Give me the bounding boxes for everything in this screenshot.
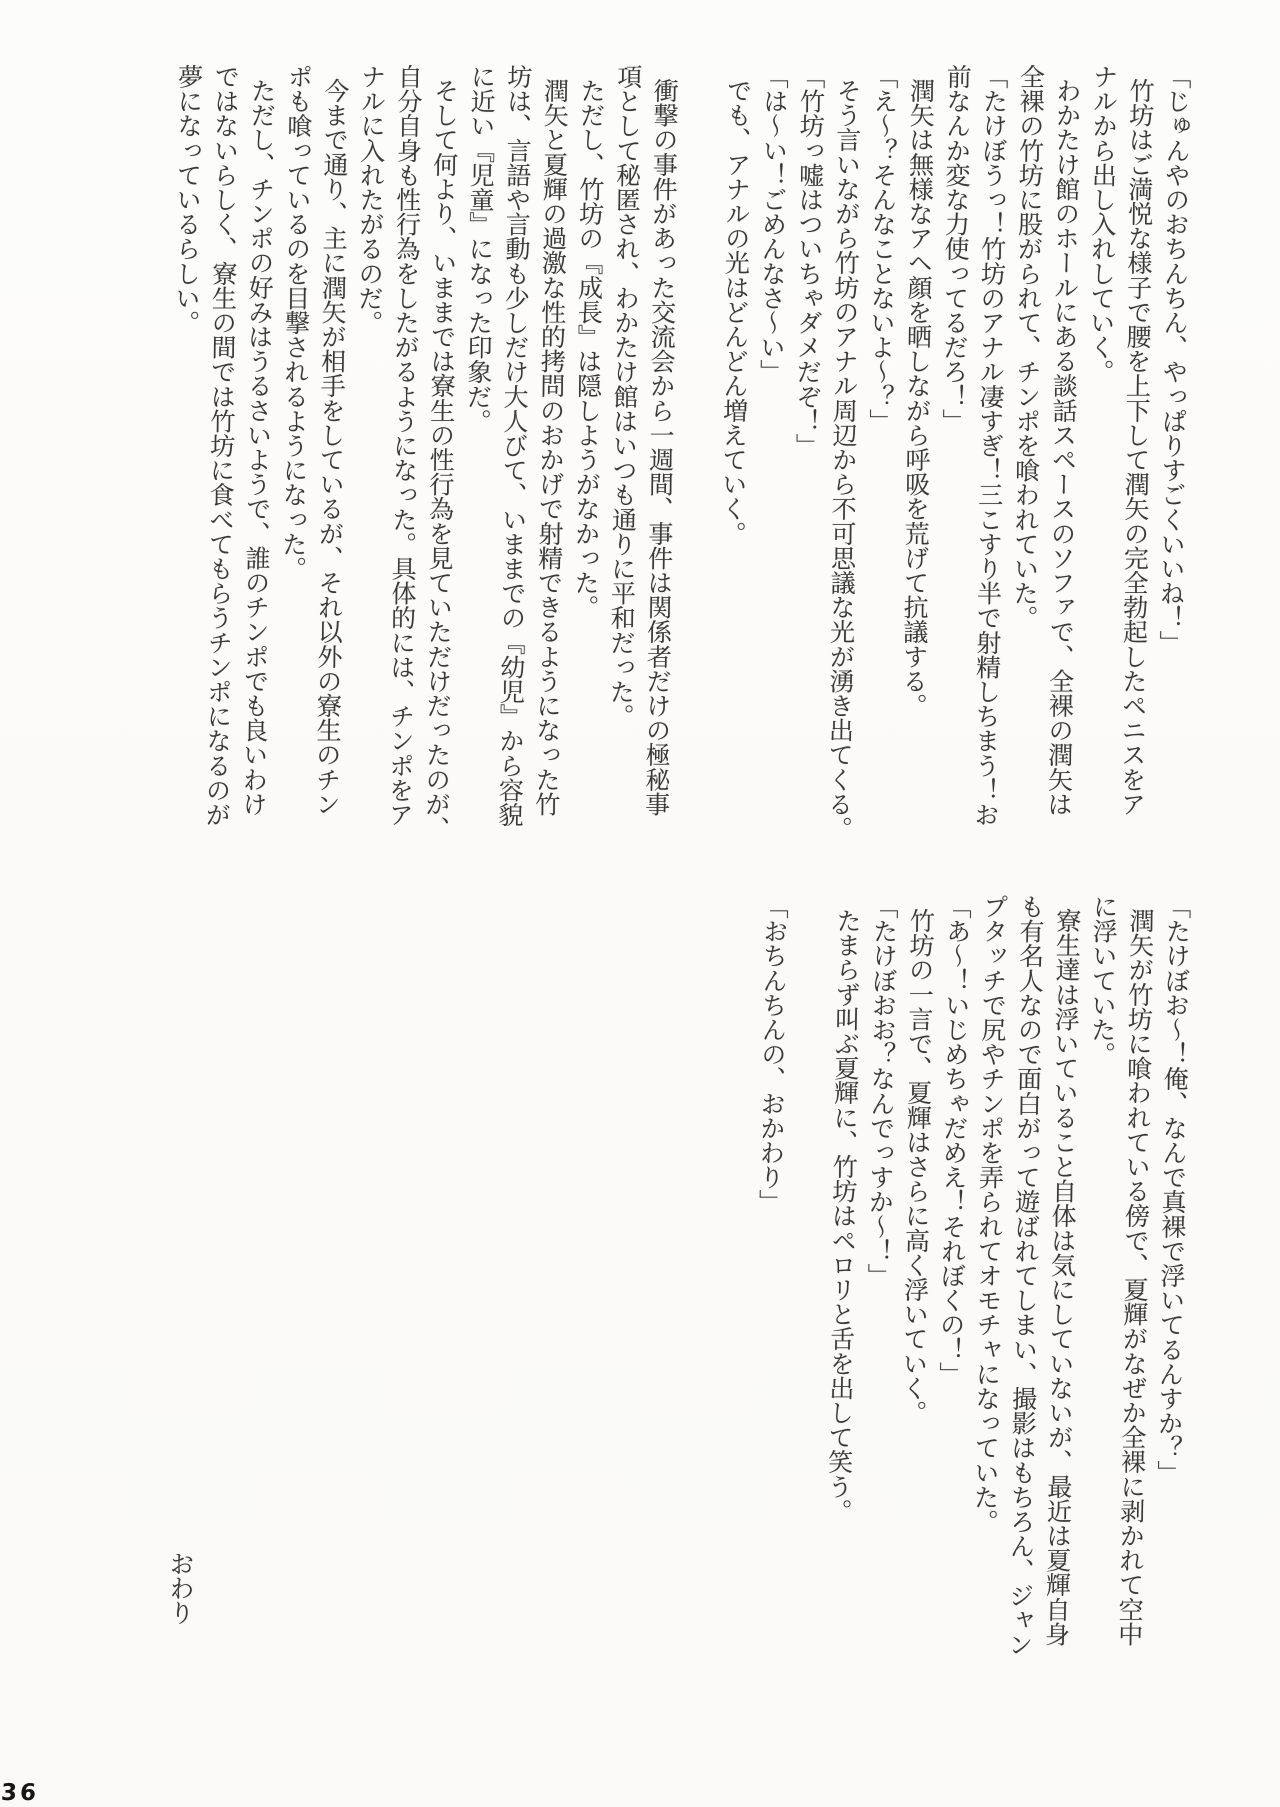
text-column: 潤矢は無様なアヘ顔を晒しながら呼吸を荒げて抗議する。 [899, 64, 934, 718]
text-column: 竹坊の一言で、夏輝はさらに高く浮いていく。 [898, 894, 933, 1425]
text-column: 「じゅんやのおちんちん、やっぱりすごくいいね！」 [1156, 64, 1190, 654]
text-column: ただし、チンポの好みはうるさいようで、誰のチンポでも良いわけ [239, 64, 275, 816]
text-column: も有名人なので面白がって遊ばれてしまい、撮影はもちろん、ジャン [1005, 894, 1044, 1657]
text-column: 潤矢が竹坊に喰われている傍で、夏輝がなぜか全裸に剥かれて空中 [1115, 894, 1154, 1646]
text-column: でも、アナルの光はどんどん増えていく。 [718, 64, 751, 545]
text-column: 項として秘匿され、わかたけ館はいつも通りに平和だった。 [606, 64, 641, 728]
text-column: 前なんか変な力使ってるだろ！」 [939, 64, 971, 433]
text-column: 「は～い！ごめんなさ～い」 [756, 64, 787, 384]
text-column: 坊は、言語や言動も少しだけ大人びて、いままでの『幼児』から容貌 [495, 64, 531, 827]
text-column: 全裸の竹坊に股がられて、チンポを喰われていた。 [1010, 64, 1044, 630]
text-column: わかたけ館のホールにある談話スペースのソファで、全裸の潤矢は [1044, 64, 1080, 816]
text-column: ナルに入れたがるのだ。 [355, 64, 385, 335]
text-column: 竹坊はご満悦な様子で腰を上下して潤矢の完全勃起したペニスをア [1117, 64, 1153, 816]
end-marker: おわり [166, 1551, 193, 1625]
text-column: 「おちんちんの、おかわり」 [755, 894, 787, 1214]
text-column: ではないらしく、寮生の間では竹坊に食べてもらうチンポになるのが [202, 64, 238, 827]
text-column: 「あ～！いじめちゃだめえ！それぼくの！」 [936, 894, 971, 1386]
text-column: そう言いながら竹坊のアナル周辺から不可思議な光が湧き出てくる。 [824, 64, 860, 841]
text-column: ナルから出し入れしていく。 [1086, 64, 1117, 384]
novel-scan-page: 「じゅんやのおちんちん、やっぱりすごくいいね！」竹坊はご満悦な様子で腰を上下して… [0, 0, 1280, 1807]
text-column: 潤矢と夏輝の過激な性的拷問のおかげで射精できるようになった竹 [532, 64, 568, 816]
text-column: ただし、竹坊の『成長』は隠しようがなかった。 [571, 64, 605, 619]
text-column: 衝撃の事件があった交流会から一週間、事件は関係者だけの極秘事 [641, 64, 677, 816]
text-column: 「たけぼうっ！竹坊のアナル凄すぎ！三こすり半で射精しちまう！お [971, 64, 1007, 827]
text-column: に近い『児童』になった印象だ。 [463, 64, 495, 433]
text-column: 「竹坊っ嘘はついちゃダメだぞ！」 [792, 64, 824, 458]
text-column: 自分自身も性行為をしたがるようになった。具体的には、チンポをア [385, 64, 421, 827]
text-column: 「たけぼお～！俺、なんで真裸で浮いてるんすか？」 [1154, 894, 1190, 1484]
text-column: 「たけぼおお？なんでっすか～！」 [864, 894, 897, 1288]
text-column: 今まで通り、主に潤矢が相手をしているが、それ以外の寮生のチン [312, 64, 348, 816]
lower-text-band: 「たけぼお～！俺、なんで真裸で浮いてるんすか？」潤矢が竹坊に喰われている傍で、夏… [133, 894, 1190, 1654]
text-column: 寮生達は浮いていること自体は気にしていないが、最近は夏輝自身 [1041, 894, 1080, 1646]
upper-text-band: 「じゅんやのおちんちん、やっぱりすごくいいね！」竹坊はご満悦な様子で腰を上下して… [136, 64, 1190, 824]
text-column: に浮いていた。 [1087, 894, 1117, 1066]
text-column: そして何より、いままでは寮生の性行為を見ていただけだったのが、 [422, 64, 458, 841]
text-column: たまらず叫ぶ夏輝に、竹坊はペロリと舌を出して笑う。 [824, 894, 861, 1523]
text-column: 夢になっているらしい。 [172, 64, 202, 335]
text-column: 「え～？そんなことないよ～？」 [866, 64, 898, 433]
text-column: プタッチで尻やチンポを弄られてオモチャになっていた。 [970, 894, 1007, 1534]
text-column: ポも喰っているのを目撃されるようになった。 [278, 64, 311, 581]
page-number: 36 [0, 1780, 39, 1806]
